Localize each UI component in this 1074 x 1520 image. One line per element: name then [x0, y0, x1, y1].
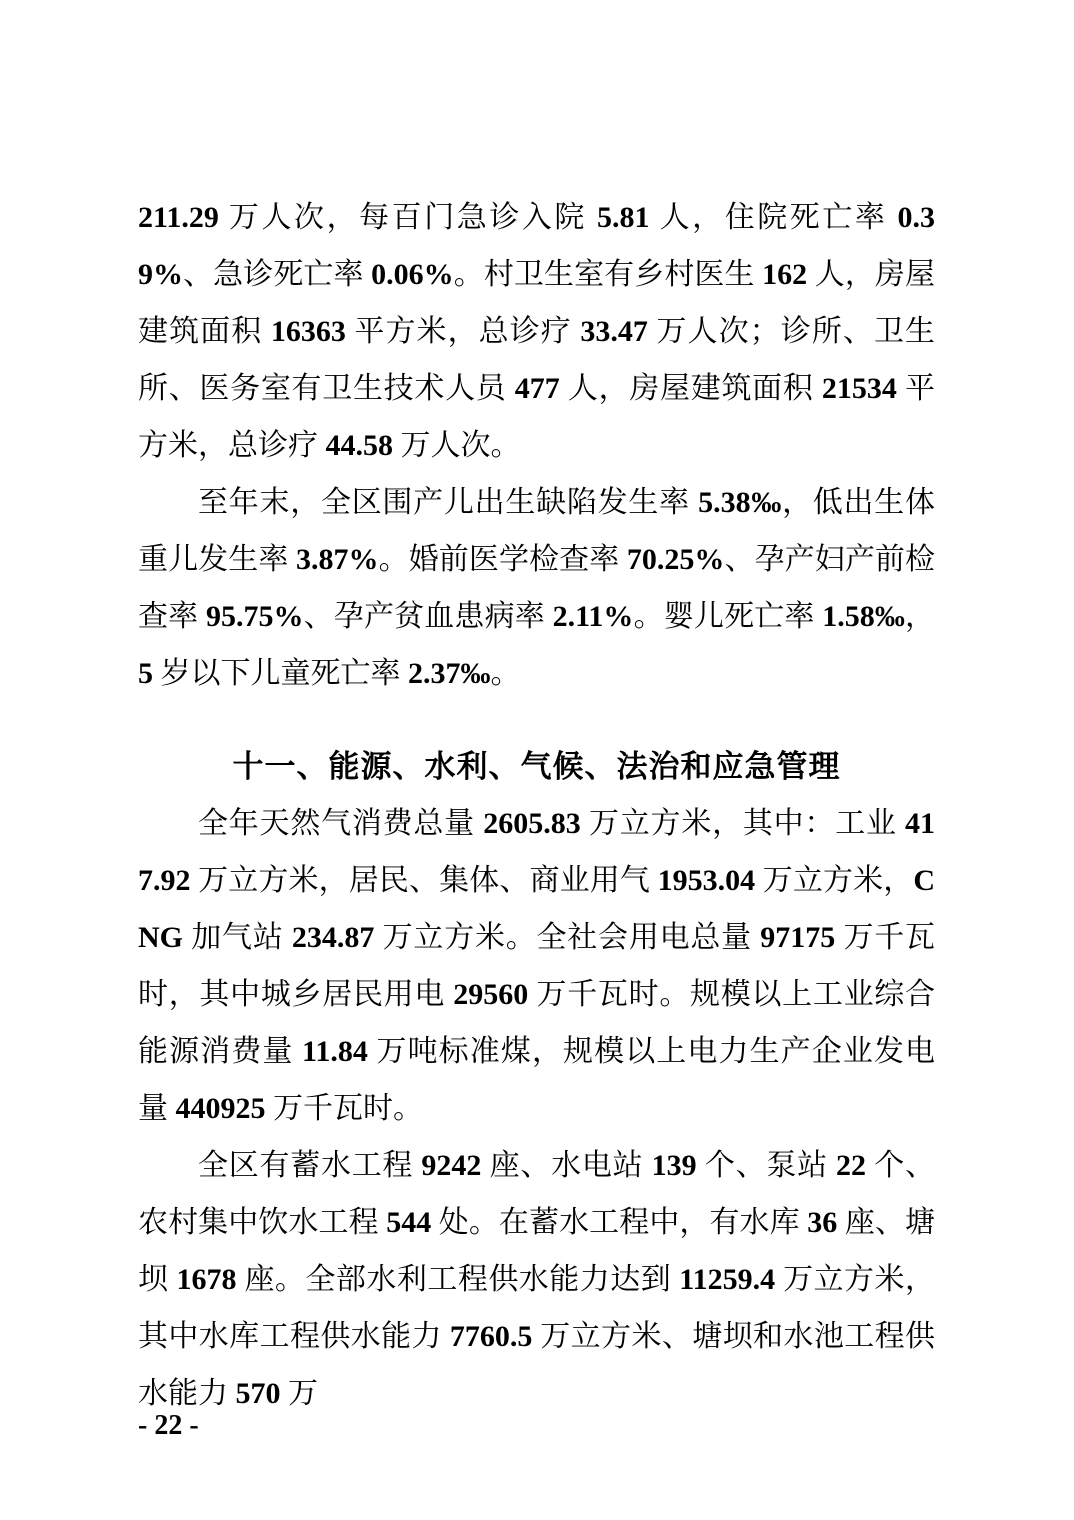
statistic-value: 162 — [762, 258, 807, 291]
statistic-value: 5.81 — [597, 201, 650, 234]
text-run: 至年末，全区围产儿出生缺陷发生率 — [198, 486, 698, 519]
text-run: 万千瓦时。 — [266, 1092, 424, 1125]
statistic-value: 139 — [652, 1149, 697, 1182]
page-footer: - 22 - — [138, 1410, 199, 1442]
statistic-value: 234.87 — [292, 921, 375, 954]
paragraph-water-conservancy: 全区有蓄水工程 9242 座、水电站 139 个、泵站 22 个、农村集中饮水工… — [138, 1137, 935, 1422]
text-run: 万立方米， — [755, 864, 913, 897]
statistic-value: 29560 — [453, 978, 528, 1011]
statistic-value: 1.58‰ — [822, 600, 905, 633]
statistic-value: 33.47 — [580, 315, 648, 348]
statistic-value: 2.37‰ — [408, 657, 491, 690]
statistic-value: 16363 — [271, 315, 346, 348]
paragraph-energy-consumption: 全年天然气消费总量 2605.83 万立方米，其中：工业 417.92 万立方米… — [138, 795, 935, 1137]
statistic-value: 440925 — [176, 1092, 266, 1125]
page-content: 211.29 万人次，每百门急诊入院 5.81 人，住院死亡率 0.39%、急诊… — [138, 189, 935, 1422]
statistic-value: 544 — [386, 1206, 431, 1239]
text-run: 万立方米。全社会用电总量 — [374, 921, 760, 954]
text-run: 万人次，每百门急诊入院 — [219, 201, 597, 234]
statistic-value: 3.87% — [296, 543, 379, 576]
statistic-value: 2605.83 — [483, 807, 581, 840]
paragraph-medical-institutions: 211.29 万人次，每百门急诊入院 5.81 人，住院死亡率 0.39%、急诊… — [138, 189, 935, 474]
text-run: ， — [905, 600, 935, 633]
statistic-value: 477 — [515, 372, 560, 405]
text-run: 万立方米，居民、集体、商业用气 — [191, 864, 658, 897]
statistic-value: 44.58 — [326, 429, 394, 462]
statistic-value: 1678 — [176, 1263, 236, 1296]
statistic-value: 11.84 — [302, 1035, 368, 1068]
statistic-value: 2.11% — [553, 600, 634, 633]
text-run: 人，住院死亡率 — [650, 201, 898, 234]
text-run: 个、泵站 — [697, 1149, 836, 1182]
text-run: 处。在蓄水工程中，有水库 — [431, 1206, 807, 1239]
text-run: 人，房屋建筑面积 — [560, 372, 822, 405]
document-page: 211.29 万人次，每百门急诊入院 5.81 人，住院死亡率 0.39%、急诊… — [0, 0, 1074, 1520]
paragraph-maternal-child-health: 至年末，全区围产儿出生缺陷发生率 5.38‰，低出生体重儿发生率 3.87%。婚… — [138, 474, 935, 702]
text-run: 。婚前医学检查率 — [379, 543, 627, 576]
statistic-value: 11259.4 — [679, 1263, 775, 1296]
statistic-value: 7760.5 — [450, 1320, 533, 1353]
text-run: 平方米，总诊疗 — [346, 315, 581, 348]
statistic-value: 5.38‰ — [698, 486, 782, 519]
section-heading: 十一、能源、水利、气候、法治和应急管理 — [138, 738, 935, 795]
text-run: 。村卫生室有乡村医生 — [454, 258, 763, 291]
statistic-value: 97175 — [760, 921, 835, 954]
text-run: 岁以下儿童死亡率 — [153, 657, 408, 690]
text-run: 座。全部水利工程供水能力达到 — [236, 1263, 679, 1296]
text-run: 座、水电站 — [481, 1149, 651, 1182]
text-run: 全年天然气消费总量 — [198, 807, 483, 840]
statistic-value: 21534 — [822, 372, 897, 405]
statistic-value: 9242 — [421, 1149, 481, 1182]
statistic-value: 570 — [236, 1377, 281, 1410]
text-run: 、孕产贫血患病率 — [303, 600, 552, 633]
statistic-value: 95.75% — [206, 600, 304, 633]
statistic-value: 0.06% — [371, 258, 454, 291]
statistic-value: 36 — [807, 1206, 837, 1239]
text-run: 万人次。 — [393, 429, 521, 462]
statistic-value: 22 — [836, 1149, 866, 1182]
statistic-value: 70.25% — [627, 543, 725, 576]
text-run: 。婴儿死亡率 — [633, 600, 822, 633]
text-run: 。 — [491, 657, 521, 690]
text-run: 、急诊死亡率 — [183, 258, 371, 291]
text-run: 全区有蓄水工程 — [198, 1149, 421, 1182]
statistic-value: 1953.04 — [658, 864, 756, 897]
text-run: 加气站 — [183, 921, 292, 954]
text-run: 万 — [281, 1377, 319, 1410]
statistic-value: 211.29 — [138, 201, 219, 234]
text-run: 万立方米，其中：工业 — [581, 807, 905, 840]
page-number: - 22 - — [138, 1410, 199, 1441]
statistic-value: 5 — [138, 657, 153, 690]
